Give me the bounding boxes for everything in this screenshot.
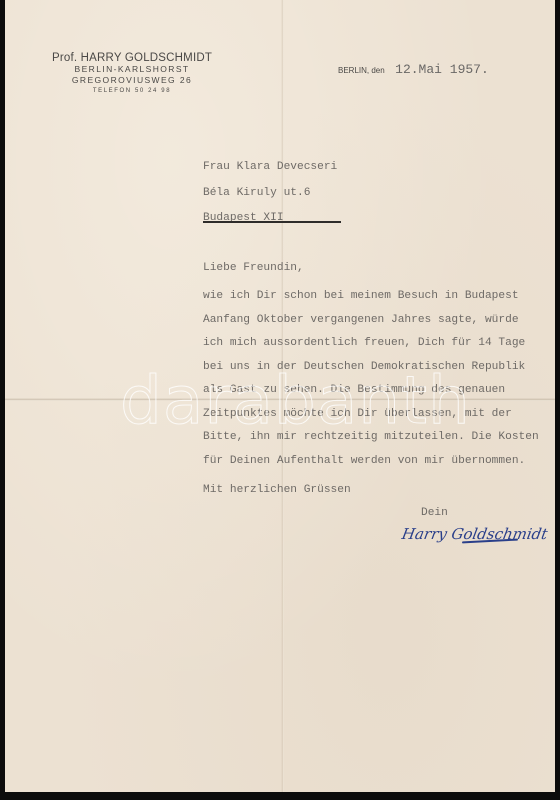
body-line: Zeitpunktes möchte ich Dir überlassen, m…: [203, 403, 539, 427]
letter-body: wie ich Dir schon bei meinem Besuch in B…: [203, 285, 539, 473]
body-line: wie ich Dir schon bei meinem Besuch in B…: [203, 285, 539, 309]
body-line: Aanfang Oktober vergangenen Jahres sagte…: [203, 309, 539, 333]
letterhead-district: BERLIN-KARLSHORST: [52, 64, 212, 75]
dateline: BERLIN, den 12.Mai 1957.: [338, 60, 489, 78]
recipient-line: Frau Klara Devecseri: [203, 155, 337, 181]
body-line: als Gast zu sehen. Die Bestimmung des ge…: [203, 379, 539, 403]
body-line: Bitte, ihn mir rechtzeitig mitzuteilen. …: [203, 426, 539, 450]
body-line: bei uns in der Deutschen Demokratischen …: [203, 356, 539, 380]
letterhead-name: Prof. HARRY GOLDSCHMIDT: [52, 52, 212, 64]
address-underline: [203, 221, 341, 223]
letterhead: Prof. HARRY GOLDSCHMIDT BERLIN-KARLSHORS…: [52, 52, 212, 96]
salutation: Liebe Freundin,: [203, 262, 304, 274]
sign-off: Dein: [421, 507, 448, 519]
letterhead-telephone: TELEFON 50 24 98: [52, 86, 212, 96]
dateline-date: 12.Mai 1957.: [395, 62, 489, 77]
letterhead-street: GREGOROVIUSWEG 26: [52, 75, 212, 86]
recipient-line: Budapest XII: [203, 206, 337, 232]
closing: Mit herzlichen Grüssen: [203, 484, 351, 496]
body-line: ich mich aussordentlich freuen, Dich für…: [203, 332, 539, 356]
body-line: für Deinen Aufenthalt werden von mir übe…: [203, 450, 539, 474]
dateline-place: BERLIN, den: [338, 66, 385, 75]
recipient-line: Béla Kiruly ut.6: [203, 181, 337, 207]
